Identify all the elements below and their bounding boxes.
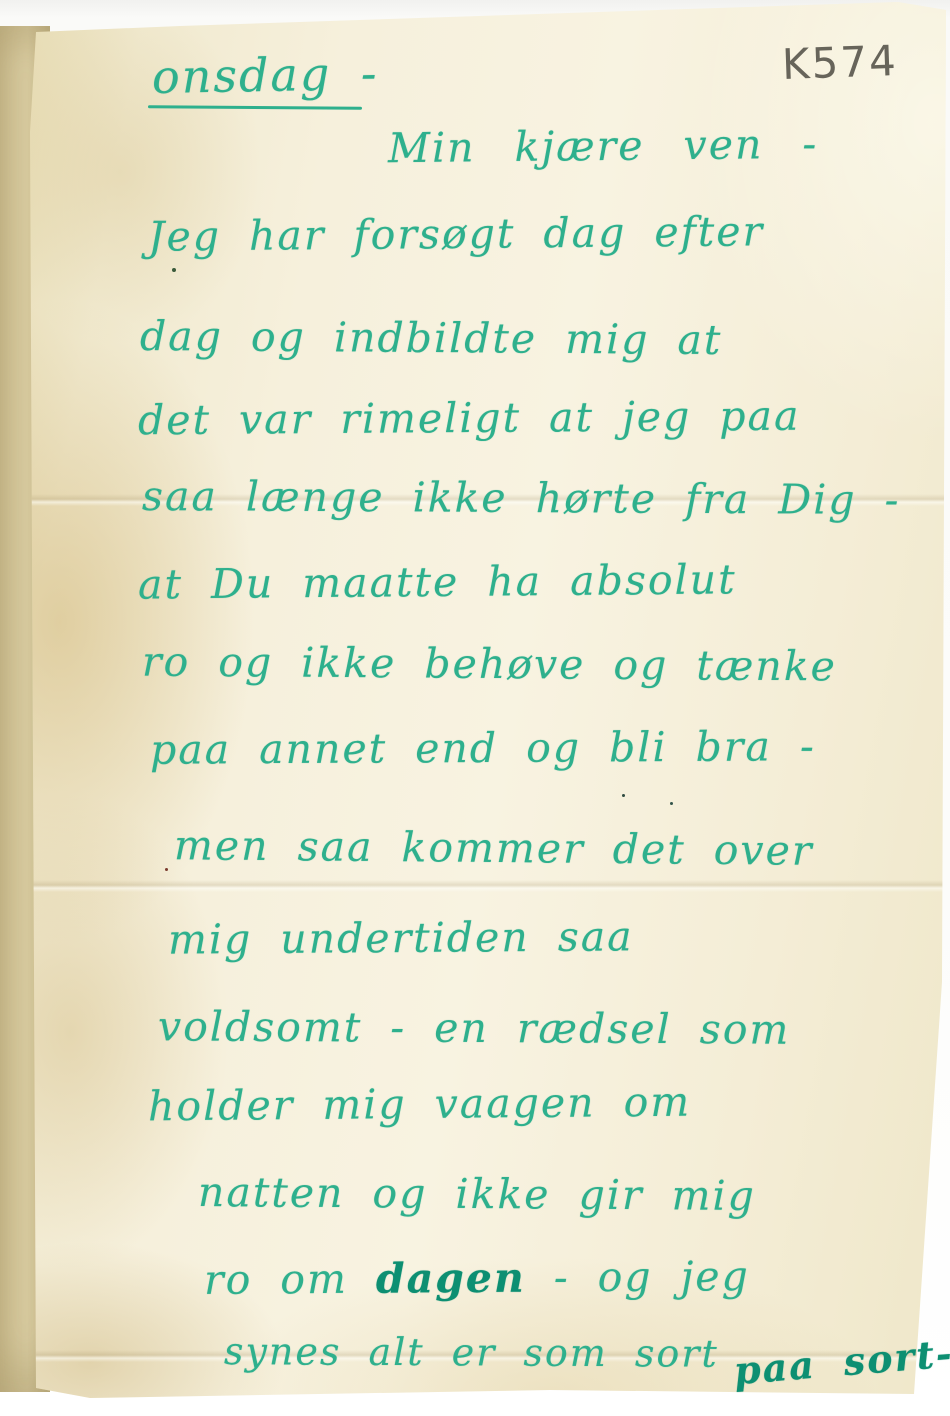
day-line-pre: ro om [204, 1255, 376, 1304]
letter-line: mig undertiden saa [168, 912, 634, 963]
letter-line: voldsomt - en rædsel som [158, 1002, 791, 1053]
letter-line: Jeg har forsøgt dag efter [148, 207, 765, 260]
ink-speck [670, 802, 673, 805]
letter-line: men saa kommer det over [174, 821, 814, 875]
salutation-line: Min kjære ven - [388, 120, 819, 173]
fold-crease [30, 880, 946, 892]
letter-line: natten og ikke gir mig [198, 1168, 756, 1220]
closing-line: synes alt er som sortpaa sort- [224, 1328, 950, 1377]
archival-mark: K574 [781, 36, 898, 89]
ink-speck [622, 794, 625, 797]
scanned-letter: { "archival_mark": "K574", "letter": { "… [0, 0, 950, 1416]
letter-line: holder mig vaagen om [148, 1078, 692, 1131]
letter-line-day: ro om dagen - og jeg [204, 1252, 750, 1304]
ink-overwrite-dagen: dagen [376, 1254, 526, 1303]
letter-line: dag og indbildte mig at [140, 312, 723, 364]
ink-speck [172, 268, 176, 272]
letter-line: det var rimeligt at jeg paa [138, 392, 801, 445]
closing-main: synes alt er som sort [224, 1329, 719, 1376]
letter-line: saa længe ikke hørte fra Dig - [142, 472, 901, 524]
letter-line: at Du maatte ha absolut [138, 555, 737, 608]
letter-line: paa annet end og bli bra - [150, 722, 816, 773]
letter-line: ro og ikke behøve og tænke [142, 638, 837, 691]
ink-speck [165, 868, 168, 871]
day-line-post: - og jeg [526, 1252, 750, 1302]
date-heading: onsdag - [152, 46, 379, 104]
